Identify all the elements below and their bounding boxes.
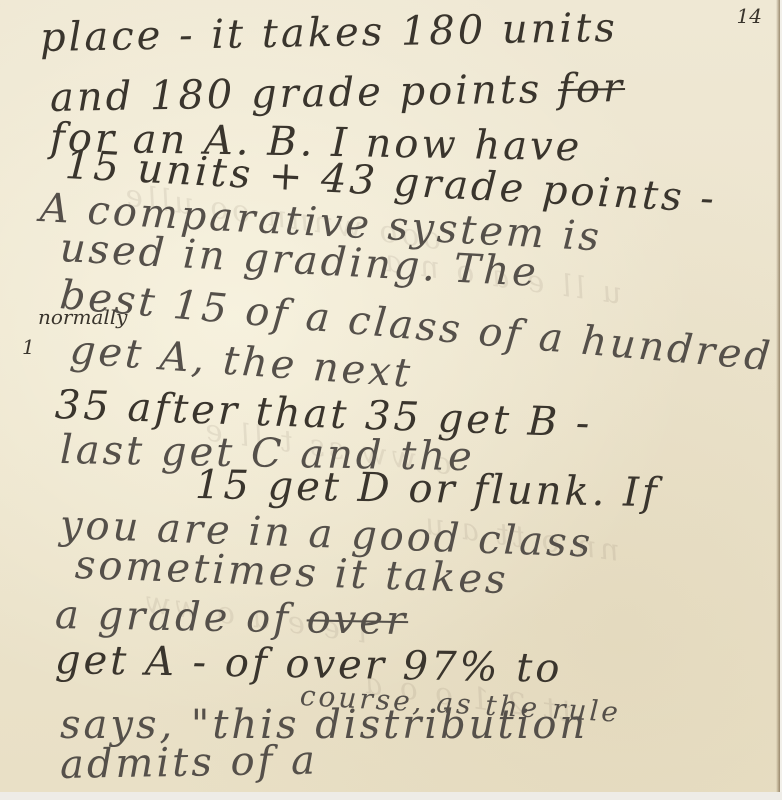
margin-insertion: 1 <box>22 335 35 359</box>
letter-page: ooo wnnn oo ulle u ll e a o n a o ww ss … <box>0 0 780 792</box>
handwritten-line: admits of a <box>60 741 319 785</box>
scan-border <box>0 792 782 800</box>
handwritten-line: says, "this distribution <box>60 705 588 745</box>
struck-word: for <box>558 65 626 112</box>
handwritten-line: and 180 grade points for <box>50 68 626 118</box>
paper-edge <box>776 0 780 792</box>
handwritten-line: 15 get D or flunk. If <box>195 465 660 513</box>
struck-word: over <box>306 596 408 644</box>
page-number: 14 <box>737 4 762 28</box>
handwritten-line: a grade of over <box>55 595 409 641</box>
handwritten-line: place - it takes 180 units <box>40 8 619 58</box>
